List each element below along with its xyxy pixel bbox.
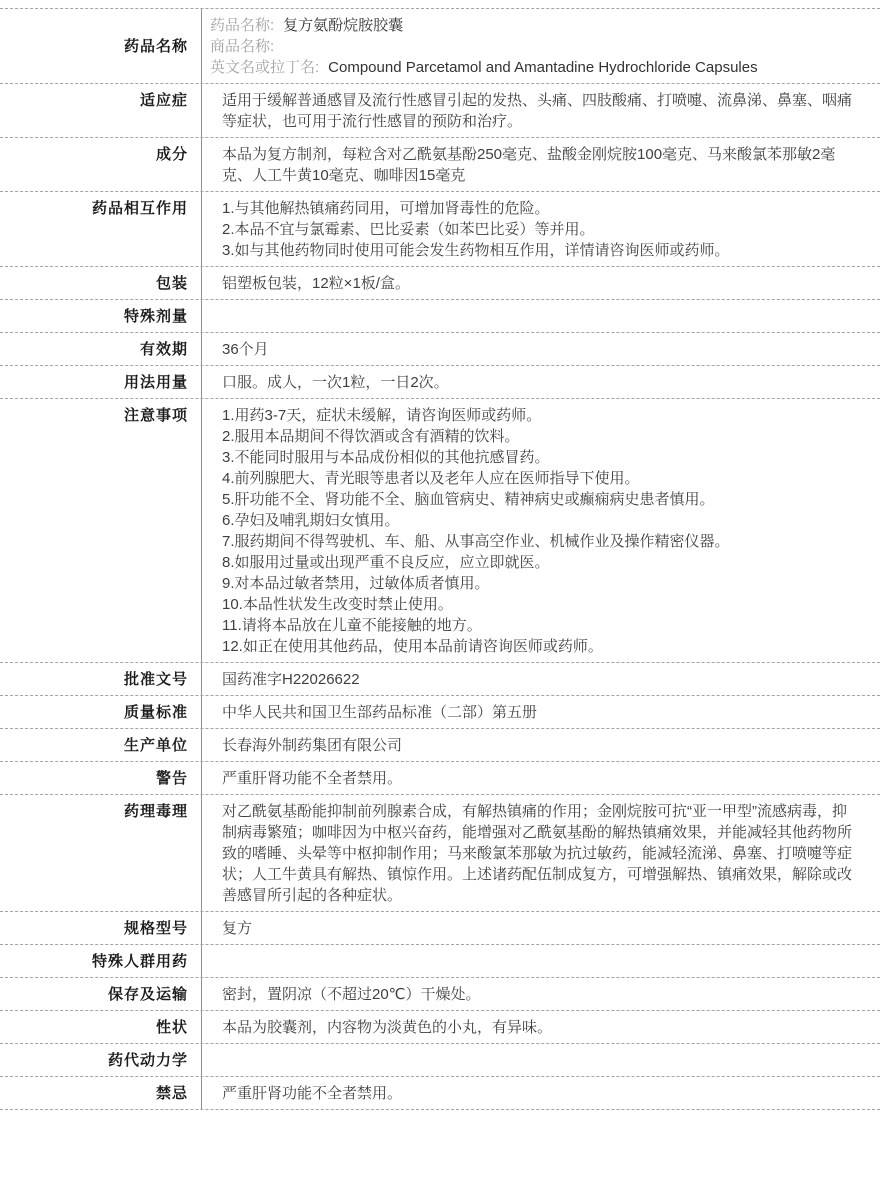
row-label: 特殊人群用药 [0, 945, 202, 977]
table-row-性状: 性状 本品为胶囊剂，内容物为淡黄色的小丸，有异味。 [0, 1011, 880, 1044]
row-content: 对乙酰氨基酚能抑制前列腺素合成，有解热镇痛的作用；金刚烷胺可抗“亚一甲型”流感病… [202, 795, 880, 911]
row-label: 保存及运输 [0, 978, 202, 1010]
row-text: 本品为胶囊剂，内容物为淡黄色的小丸，有异味。 [222, 1017, 855, 1038]
row-content: 药品名称:复方氨酚烷胺胶囊商品名称:英文名或拉丁名:Compound Parce… [202, 9, 880, 83]
row-label: 警告 [0, 762, 202, 794]
field-sub-label: 英文名或拉丁名: [210, 57, 319, 78]
row-label: 药代动力学 [0, 1044, 202, 1076]
field-sub-label: 药品名称: [210, 15, 274, 36]
list-item: 10.本品性状发生改变时禁止使用。 [222, 594, 855, 615]
row-text: 严重肝肾功能不全者禁用。 [222, 1083, 855, 1104]
list-item: 2.本品不宜与氯霉素、巴比妥素（如苯巴比妥）等并用。 [222, 219, 855, 240]
row-content: 复方 [202, 912, 880, 944]
row-label: 药品名称 [0, 9, 202, 83]
field-value [283, 36, 855, 57]
row-label: 生产单位 [0, 729, 202, 761]
list-item: 12.如正在使用其他药品，使用本品前请咨询医师或药师。 [222, 636, 855, 657]
row-label: 适应症 [0, 84, 202, 137]
row-content: 铝塑板包装，12粒×1板/盒。 [202, 267, 880, 299]
table-row-批准文号: 批准文号 国药准字H22026622 [0, 663, 880, 696]
row-text: 复方 [222, 918, 855, 939]
row-content: 适用于缓解普通感冒及流行性感冒引起的发热、头痛、四肢酸痛、打喷嚏、流鼻涕、鼻塞、… [202, 84, 880, 137]
list-item: 1.与其他解热镇痛药同用，可增加肾毒性的危险。 [222, 198, 855, 219]
table-row-成分: 成分 本品为复方制剂，每粒含对乙酰氨基酚250毫克、盐酸金刚烷胺100毫克、马来… [0, 138, 880, 192]
row-content: 严重肝肾功能不全者禁用。 [202, 1077, 880, 1109]
row-label: 批准文号 [0, 663, 202, 695]
row-label: 规格型号 [0, 912, 202, 944]
row-label: 注意事项 [0, 399, 202, 662]
drug-name-field: 商品名称: [210, 36, 855, 57]
table-row-警告: 警告 严重肝肾功能不全者禁用。 [0, 762, 880, 795]
table-row-禁忌: 禁忌 严重肝肾功能不全者禁用。 [0, 1077, 880, 1110]
table-row-用法用量: 用法用量 口服。成人，一次1粒，一日2次。 [0, 366, 880, 399]
list-item: 7.服药期间不得驾驶机、车、船、从事高空作业、机械作业及操作精密仪器。 [222, 531, 855, 552]
list-item: 2.服用本品期间不得饮酒或含有酒精的饮料。 [222, 426, 855, 447]
list-item: 6.孕妇及哺乳期妇女慎用。 [222, 510, 855, 531]
drug-name-field: 药品名称:复方氨酚烷胺胶囊 [210, 15, 855, 36]
row-label: 性状 [0, 1011, 202, 1043]
row-text: 严重肝肾功能不全者禁用。 [222, 768, 855, 789]
table-row-适应症: 适应症 适用于缓解普通感冒及流行性感冒引起的发热、头痛、四肢酸痛、打喷嚏、流鼻涕… [0, 84, 880, 138]
row-content: 长春海外制药集团有限公司 [202, 729, 880, 761]
row-text: 中华人民共和国卫生部药品标准（二部）第五册 [222, 702, 855, 723]
list-item: 3.不能同时服用与本品成份相似的其他抗感冒药。 [222, 447, 855, 468]
table-row-规格型号: 规格型号 复方 [0, 912, 880, 945]
row-content: 本品为复方制剂，每粒含对乙酰氨基酚250毫克、盐酸金刚烷胺100毫克、马来酸氯苯… [202, 138, 880, 191]
table-row-质量标准: 质量标准 中华人民共和国卫生部药品标准（二部）第五册 [0, 696, 880, 729]
table-row-特殊人群用药: 特殊人群用药 [0, 945, 880, 978]
row-text: 适用于缓解普通感冒及流行性感冒引起的发热、头痛、四肢酸痛、打喷嚏、流鼻涕、鼻塞、… [222, 90, 855, 132]
row-content: 1.用药3-7天，症状未缓解，请咨询医师或药师。2.服用本品期间不得饮酒或含有酒… [202, 399, 880, 662]
list-item: 5.肝功能不全、肾功能不全、脑血管病史、精神病史或癫痫病史患者慎用。 [222, 489, 855, 510]
row-text: 长春海外制药集团有限公司 [222, 735, 855, 756]
row-label: 药品相互作用 [0, 192, 202, 266]
row-text: 本品为复方制剂，每粒含对乙酰氨基酚250毫克、盐酸金刚烷胺100毫克、马来酸氯苯… [222, 144, 855, 186]
table-row-药品名称: 药品名称 药品名称:复方氨酚烷胺胶囊商品名称:英文名或拉丁名:Compound … [0, 9, 880, 84]
row-content [202, 300, 880, 332]
row-label: 有效期 [0, 333, 202, 365]
row-content [202, 1044, 880, 1076]
table-row-注意事项: 注意事项 1.用药3-7天，症状未缓解，请咨询医师或药师。2.服用本品期间不得饮… [0, 399, 880, 663]
row-text: 对乙酰氨基酚能抑制前列腺素合成，有解热镇痛的作用；金刚烷胺可抗“亚一甲型”流感病… [222, 801, 855, 906]
row-text: 国药准字H22026622 [222, 669, 855, 690]
row-label: 质量标准 [0, 696, 202, 728]
row-content: 1.与其他解热镇痛药同用，可增加肾毒性的危险。2.本品不宜与氯霉素、巴比妥素（如… [202, 192, 880, 266]
row-label: 禁忌 [0, 1077, 202, 1109]
row-content: 口服。成人，一次1粒，一日2次。 [202, 366, 880, 398]
table-row-药代动力学: 药代动力学 [0, 1044, 880, 1077]
list-item: 4.前列腺肥大、青光眼等患者以及老年人应在医师指导下使用。 [222, 468, 855, 489]
table-row-药品相互作用: 药品相互作用 1.与其他解热镇痛药同用，可增加肾毒性的危险。2.本品不宜与氯霉素… [0, 192, 880, 267]
table-row-生产单位: 生产单位 长春海外制药集团有限公司 [0, 729, 880, 762]
row-content: 密封，置阴凉（不超过20℃）干燥处。 [202, 978, 880, 1010]
field-value: 复方氨酚烷胺胶囊 [283, 15, 855, 36]
list-item: 8.如服用过量或出现严重不良反应，应立即就医。 [222, 552, 855, 573]
row-label: 成分 [0, 138, 202, 191]
table-row-药理毒理: 药理毒理 对乙酰氨基酚能抑制前列腺素合成，有解热镇痛的作用；金刚烷胺可抗“亚一甲… [0, 795, 880, 912]
row-label: 药理毒理 [0, 795, 202, 911]
list-item: 9.对本品过敏者禁用，过敏体质者慎用。 [222, 573, 855, 594]
row-content: 36个月 [202, 333, 880, 365]
drug-name-field: 英文名或拉丁名:Compound Parcetamol and Amantadi… [210, 57, 855, 78]
list-item: 1.用药3-7天，症状未缓解，请咨询医师或药师。 [222, 405, 855, 426]
table-row-特殊剂量: 特殊剂量 [0, 300, 880, 333]
row-text: 36个月 [222, 339, 855, 360]
row-label: 用法用量 [0, 366, 202, 398]
row-text: 密封，置阴凉（不超过20℃）干燥处。 [222, 984, 855, 1005]
list-item: 3.如与其他药物同时使用可能会发生药物相互作用，详情请咨询医师或药师。 [222, 240, 855, 261]
row-text: 铝塑板包装，12粒×1板/盒。 [222, 273, 855, 294]
row-content: 严重肝肾功能不全者禁用。 [202, 762, 880, 794]
row-label: 包装 [0, 267, 202, 299]
table-row-保存及运输: 保存及运输 密封，置阴凉（不超过20℃）干燥处。 [0, 978, 880, 1011]
field-value: Compound Parcetamol and Amantadine Hydro… [328, 57, 855, 78]
row-content: 中华人民共和国卫生部药品标准（二部）第五册 [202, 696, 880, 728]
drug-info-table: 药品名称 药品名称:复方氨酚烷胺胶囊商品名称:英文名或拉丁名:Compound … [0, 8, 880, 1110]
list-item: 11.请将本品放在儿童不能接触的地方。 [222, 615, 855, 636]
table-row-包装: 包装 铝塑板包装，12粒×1板/盒。 [0, 267, 880, 300]
row-content: 国药准字H22026622 [202, 663, 880, 695]
row-content: 本品为胶囊剂，内容物为淡黄色的小丸，有异味。 [202, 1011, 880, 1043]
row-text: 口服。成人，一次1粒，一日2次。 [222, 372, 855, 393]
table-row-有效期: 有效期 36个月 [0, 333, 880, 366]
row-label: 特殊剂量 [0, 300, 202, 332]
row-content [202, 945, 880, 977]
field-sub-label: 商品名称: [210, 36, 274, 57]
